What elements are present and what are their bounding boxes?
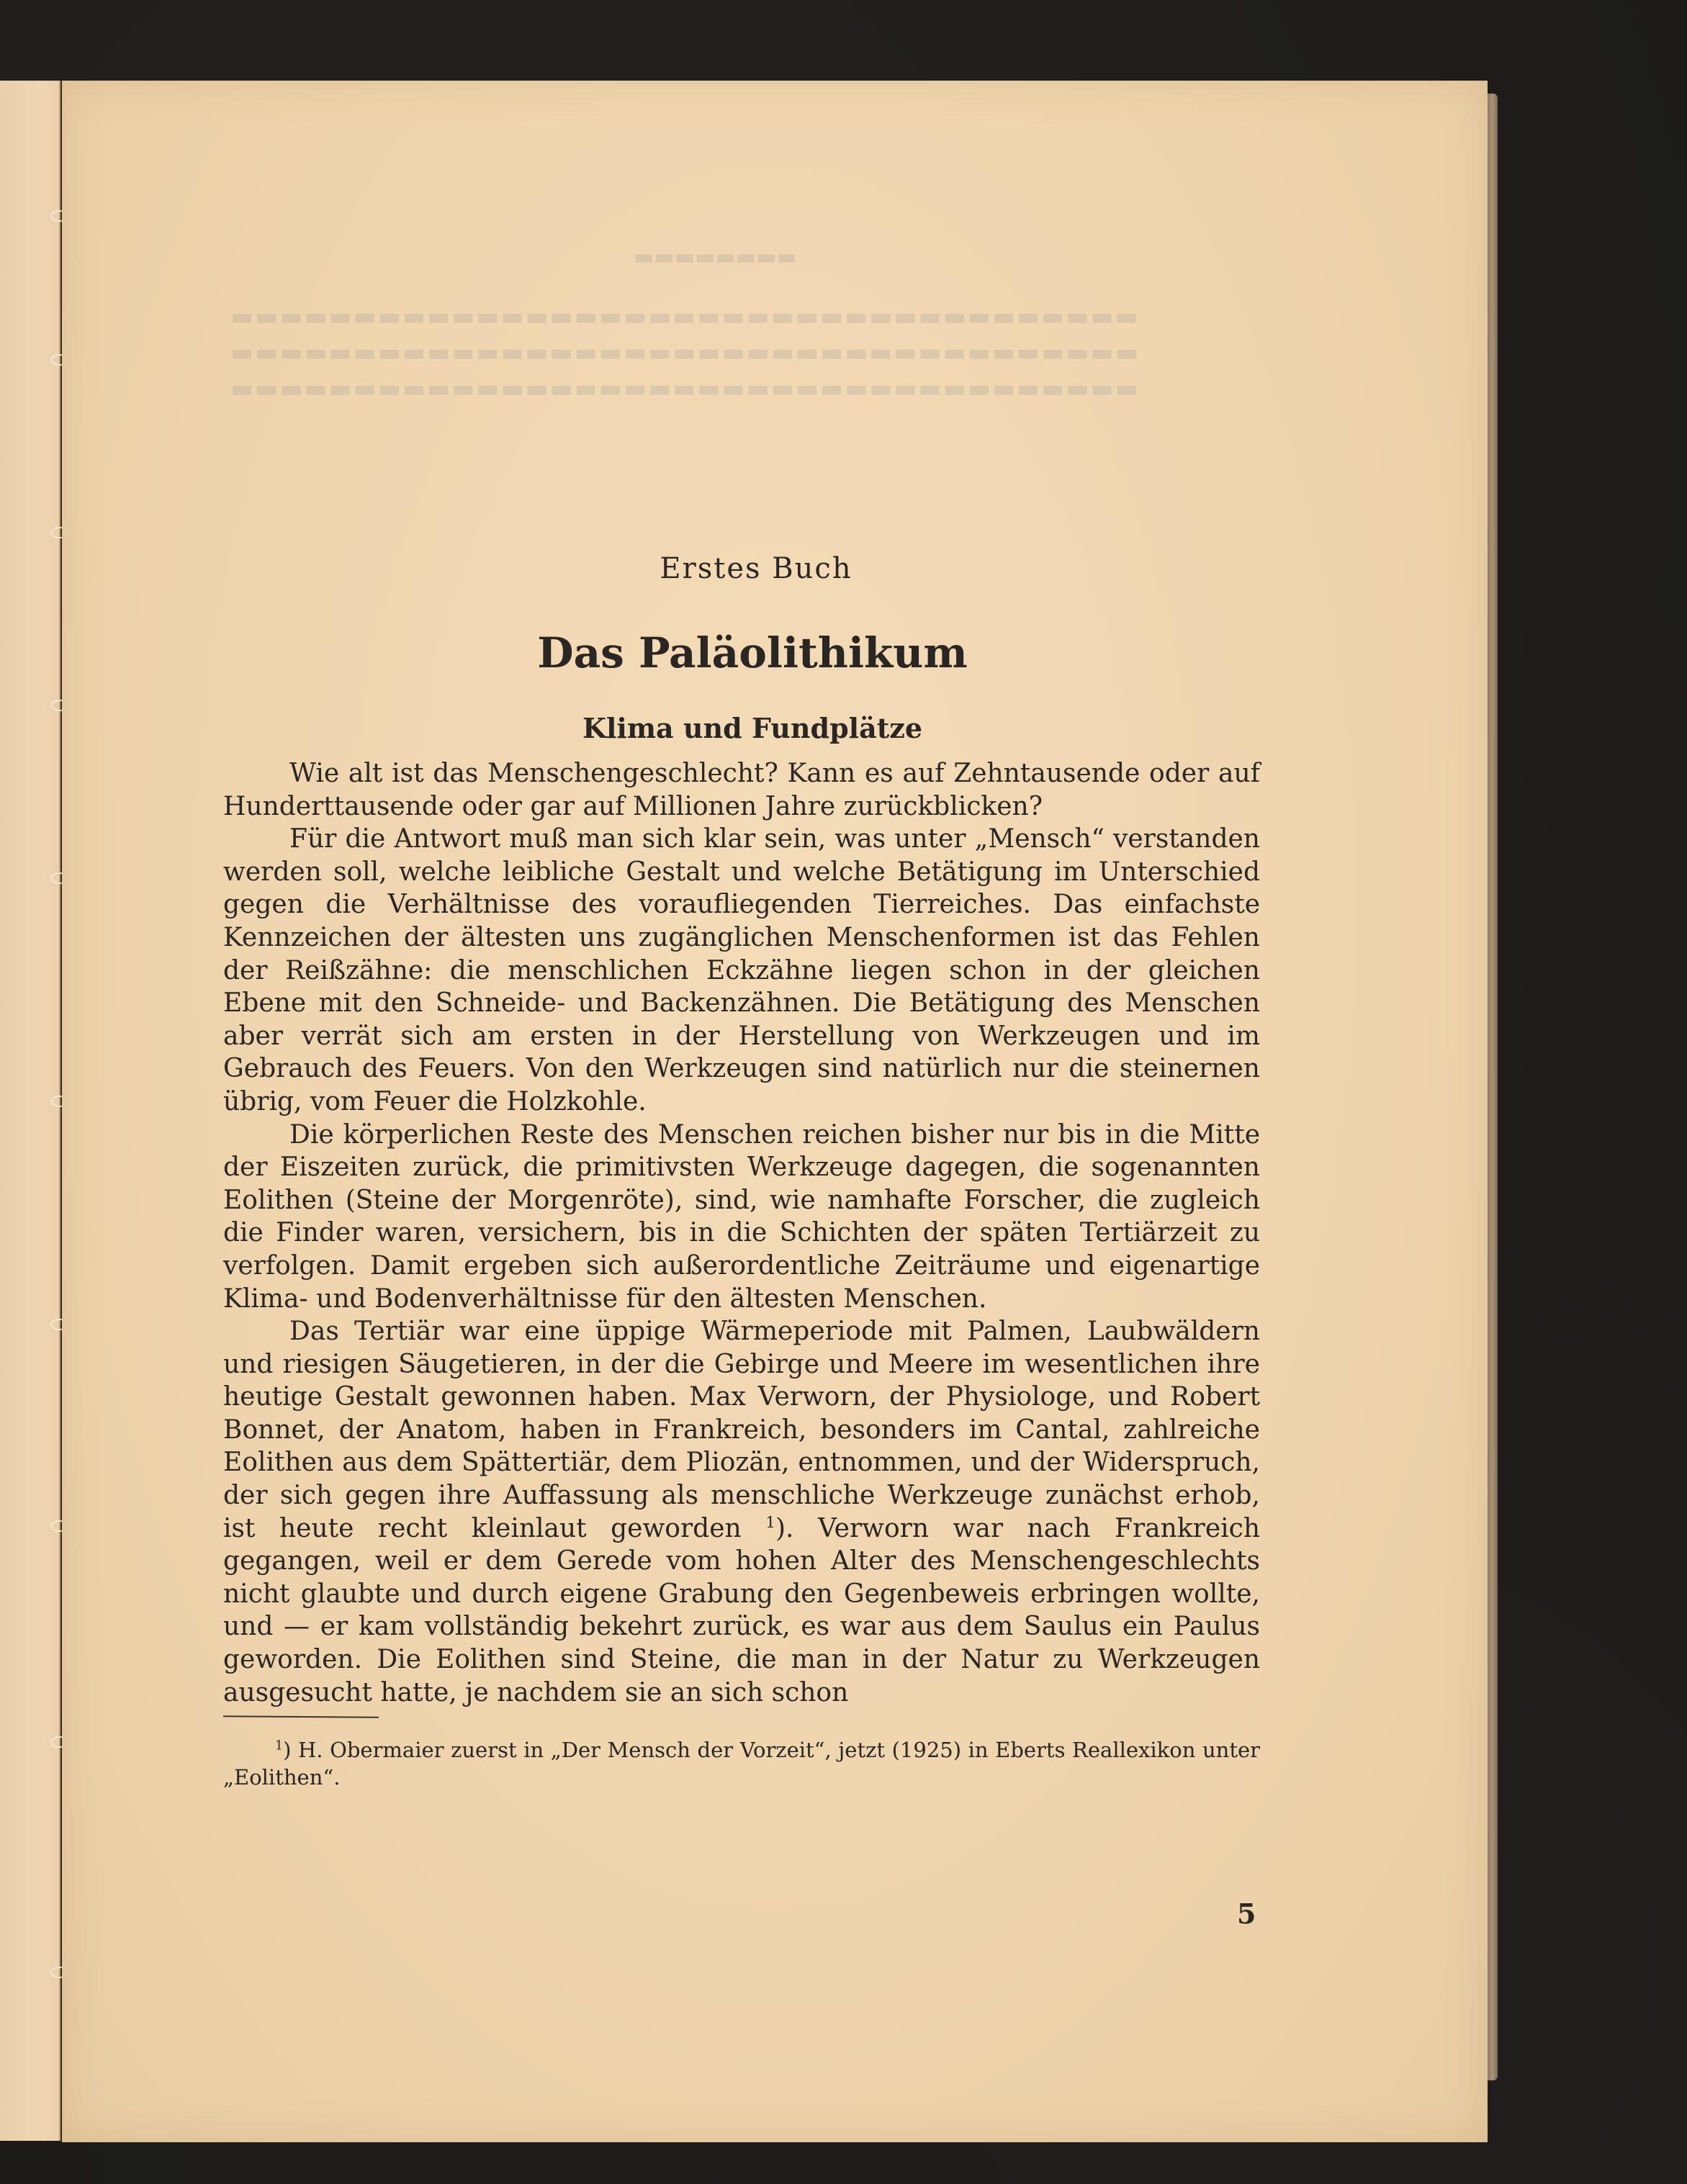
binding-fold [59, 81, 61, 2141]
body-text: Wie alt ist das Menschengeschlecht? Kann… [223, 757, 1260, 1709]
paragraph: Das Tertiär war eine üppige Wärmeperiode… [223, 1315, 1260, 1709]
footnote-reference: 1 [765, 1514, 775, 1532]
footnote-separator [223, 1715, 379, 1718]
footnote: 1) H. Obermaier zuerst in „Der Mensch de… [223, 1736, 1260, 1791]
left-facing-page-edge [0, 81, 60, 2141]
footnote-marker: 1 [275, 1739, 283, 1754]
section-title: Klima und Fundplätze [245, 708, 1260, 749]
page-content: Erstes Buch Das Paläolithikum Klima und … [223, 533, 1260, 1791]
paragraph-text: Das Tertiär war eine üppige Wärmeperiode… [223, 1317, 1260, 1543]
chapter-title: Das Paläolithikum [245, 621, 1260, 685]
book-label: Erstes Buch [252, 547, 1260, 590]
paragraph: Wie alt ist das Menschengeschlecht? Kann… [223, 757, 1260, 823]
footnote-text: ) H. Obermaier zuerst in „Der Mensch der… [223, 1738, 1260, 1790]
paragraph: Für die Antwort muß man sich klar sein, … [223, 823, 1260, 1118]
page-number: 5 [1237, 1898, 1256, 1930]
page-stack-edge [1488, 94, 1498, 2080]
paragraph: Die körperlichen Reste des Menschen reic… [223, 1119, 1260, 1316]
